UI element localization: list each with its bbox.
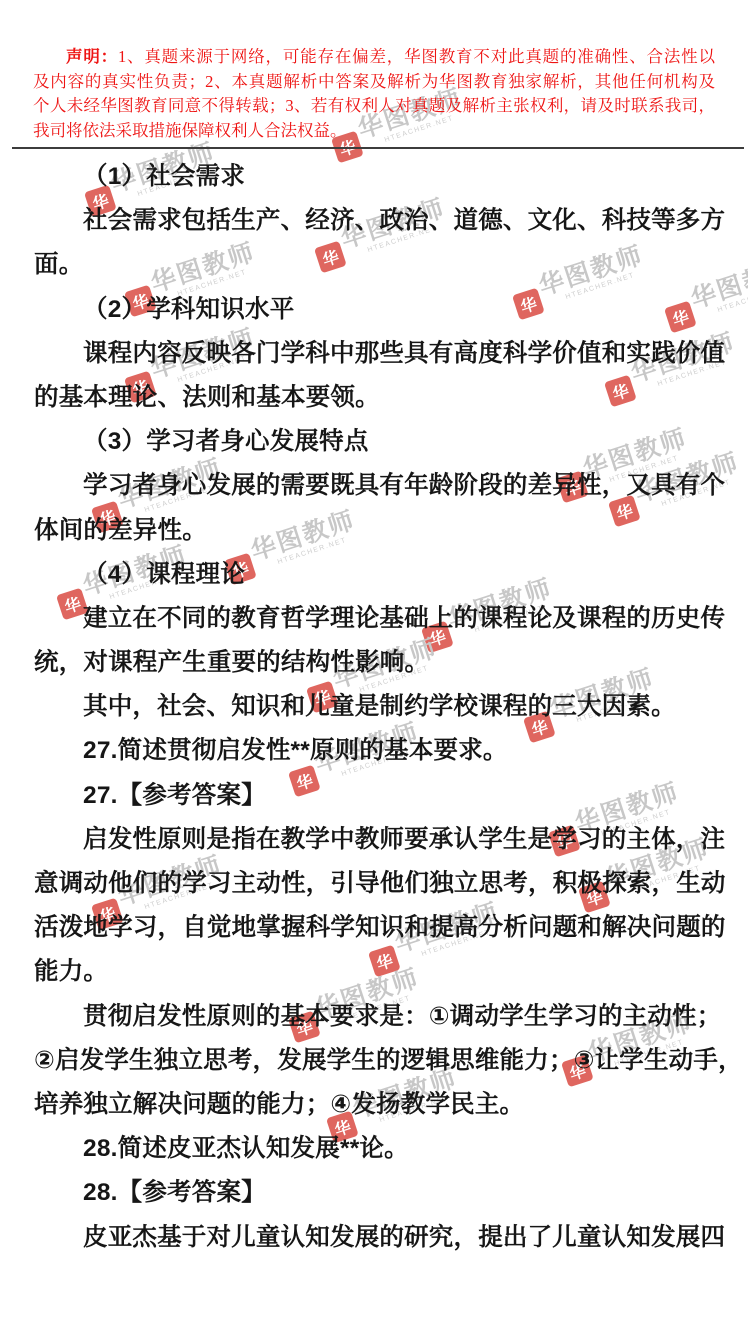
text-line: 建立在不同的教育哲学理论基础上的课程论及课程的历史传 — [0, 597, 748, 641]
separator-divider — [12, 147, 744, 149]
text-line: 培养独立解决问题的能力；④发扬教学民主。 — [0, 1083, 748, 1127]
disclaimer-text: 个人未经华图教育同意不得转载；3、若有权利人对真题及解析主张权利，请及时联系我司… — [33, 96, 715, 115]
text-line: 其中，社会、知识和儿童是制约学校课程的三大因素。 — [0, 685, 748, 729]
disclaimer: 声明：1、真题来源于网络，可能存在偏差，华图教育不对此真题的准确性、合法性以及内… — [33, 45, 715, 143]
text-line: ②启发学生独立思考，发展学生的逻辑思维能力；③让学生动手， — [0, 1039, 748, 1083]
text-line: 社会需求包括生产、经济、政治、道德、文化、科技等多方 — [0, 199, 748, 243]
text-line: 意调动他们的学习主动性，引导他们独立思考，积极探索，生动 — [0, 862, 748, 906]
disclaimer-text: 1、真题来源于网络，可能存在偏差，华图教育不对此真题的准确性、合法性以 — [118, 47, 715, 66]
text-line: （3）学习者身心发展特点 — [0, 420, 748, 464]
text-line: 的基本理论、法则和基本要领。 — [0, 376, 748, 420]
disclaimer-line: 我司将依法采取措施保障权利人合法权益。 — [33, 119, 715, 144]
disclaimer-text: 我司将依法采取措施保障权利人合法权益。 — [33, 121, 347, 140]
text-line: 能力。 — [0, 950, 748, 994]
text-line: （2）学科知识水平 — [0, 288, 748, 332]
disclaimer-text: 及内容的真实性负责；2、本真题解析中答案及解析为华图教育独家解析，其他任何机构及 — [33, 72, 715, 91]
text-line: 学习者身心发展的需要既具有年龄阶段的差异性，又具有个 — [0, 464, 748, 508]
text-line: 课程内容反映各门学科中那些具有高度科学价值和实践价值 — [0, 332, 748, 376]
disclaimer-line: 个人未经华图教育同意不得转载；3、若有权利人对真题及解析主张权利，请及时联系我司… — [33, 94, 715, 119]
text-line: 皮亚杰基于对儿童认知发展的研究，提出了儿童认知发展四 — [0, 1216, 748, 1260]
text-line: 27.简述贯彻启发性**原则的基本要求。 — [0, 729, 748, 773]
text-line: 贯彻启发性原则的基本要求是：①调动学生学习的主动性； — [0, 995, 748, 1039]
text-line: 28.简述皮亚杰认知发展**论。 — [0, 1127, 748, 1171]
disclaimer-line: 声明：1、真题来源于网络，可能存在偏差，华图教育不对此真题的准确性、合法性以 — [33, 45, 715, 70]
text-line: 27.【参考答案】 — [0, 774, 748, 818]
text-line: 活泼地学习，自觉地掌握科学知识和提高分析问题和解决问题的 — [0, 906, 748, 950]
text-line: 体间的差异性。 — [0, 509, 748, 553]
text-line: 28.【参考答案】 — [0, 1171, 748, 1215]
text-line: 启发性原则是指在教学中教师要承认学生是学习的主体，注 — [0, 818, 748, 862]
text-line: 统，对课程产生重要的结构性影响。 — [0, 641, 748, 685]
disclaimer-line: 及内容的真实性负责；2、本真题解析中答案及解析为华图教育独家解析，其他任何机构及 — [33, 70, 715, 95]
text-line: （4）课程理论 — [0, 553, 748, 597]
text-line: 面。 — [0, 243, 748, 287]
document-body: （1）社会需求社会需求包括生产、经济、政治、道德、文化、科技等多方面。（2）学科… — [0, 155, 748, 1260]
text-line: （1）社会需求 — [0, 155, 748, 199]
disclaimer-label: 声明： — [66, 47, 118, 66]
document-page: 华华图教师HTEACHER.NET华华图教师HTEACHER.NET华华图教师H… — [0, 0, 748, 1334]
